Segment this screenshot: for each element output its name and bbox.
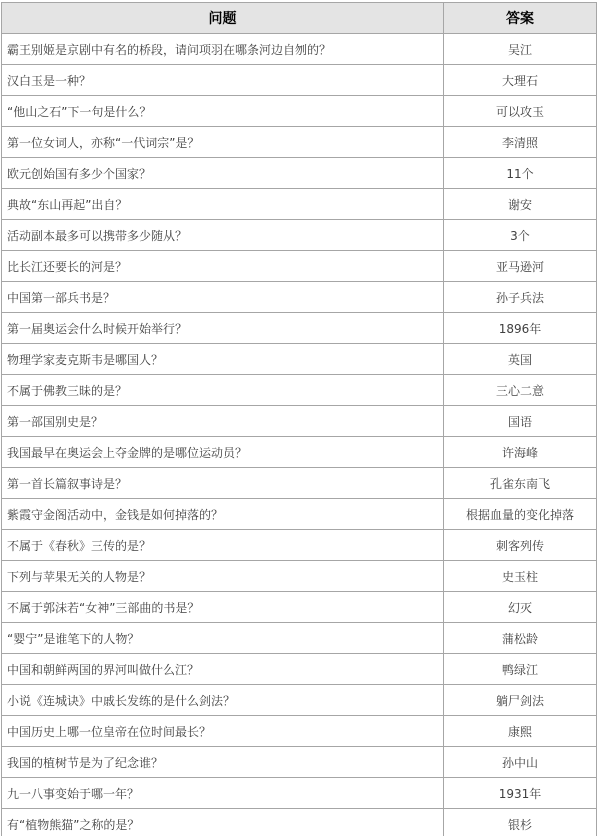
table-row: 不属于郭沫若“女神”三部曲的书是？幻灭 [2,592,597,623]
answer-cell: 国语 [444,406,597,437]
table-row: 九一八事变始于哪一年？1931年 [2,778,597,809]
answer-cell: 1931年 [444,778,597,809]
question-cell: 中国和朝鲜两国的界河叫做什么江？ [2,654,444,685]
answer-cell: 根据血量的变化掉落 [444,499,597,530]
table-row: 物理学家麦克斯韦是哪国人？英国 [2,344,597,375]
question-cell: 活动副本最多可以携带多少随从？ [2,220,444,251]
qa-table: 问题 答案 霸王别姬是京剧中有名的桥段，请问项羽在哪条河边自刎的？吴江汉白玉是一… [1,2,597,836]
answer-cell: 孔雀东南飞 [444,468,597,499]
table-row: 中国和朝鲜两国的界河叫做什么江？鸭绿江 [2,654,597,685]
table-row: 有“植物熊猫”之称的是？银杉 [2,809,597,836]
table-row: 中国历史上哪一位皇帝在位时间最长？康熙 [2,716,597,747]
answer-cell: 孙子兵法 [444,282,597,313]
answer-cell: 英国 [444,344,597,375]
answer-cell: 大理石 [444,65,597,96]
question-cell: 第一届奥运会什么时候开始举行？ [2,313,444,344]
table-row: 比长江还要长的河是？亚马逊河 [2,251,597,282]
question-cell: 典故“东山再起”出自？ [2,189,444,220]
question-cell: 欧元创始国有多少个国家？ [2,158,444,189]
question-cell: “婴宁”是谁笔下的人物？ [2,623,444,654]
question-cell: 比长江还要长的河是？ [2,251,444,282]
table-row: 第一部国别史是？国语 [2,406,597,437]
answer-cell: 蒲松龄 [444,623,597,654]
table-row: 第一届奥运会什么时候开始举行？1896年 [2,313,597,344]
table-row: 紫霞守金阁活动中，金钱是如何掉落的？根据血量的变化掉落 [2,499,597,530]
question-cell: 第一部国别史是？ [2,406,444,437]
question-cell: 物理学家麦克斯韦是哪国人？ [2,344,444,375]
question-cell: 不属于郭沫若“女神”三部曲的书是？ [2,592,444,623]
column-header-question: 问题 [2,3,444,34]
table-row: 第一位女词人，亦称“一代词宗”是？李清照 [2,127,597,158]
answer-cell: 银杉 [444,809,597,836]
question-cell: 有“植物熊猫”之称的是？ [2,809,444,836]
answer-cell: 三心二意 [444,375,597,406]
question-cell: 霸王别姬是京剧中有名的桥段，请问项羽在哪条河边自刎的？ [2,34,444,65]
table-row: 霸王别姬是京剧中有名的桥段，请问项羽在哪条河边自刎的？吴江 [2,34,597,65]
table-row: 我国的植树节是为了纪念谁？孙中山 [2,747,597,778]
table-row: 不属于佛教三昧的是？三心二意 [2,375,597,406]
answer-cell: 可以攻玉 [444,96,597,127]
question-cell: 我国最早在奥运会上夺金牌的是哪位运动员？ [2,437,444,468]
answer-cell: 李清照 [444,127,597,158]
answer-cell: 鸭绿江 [444,654,597,685]
question-cell: 中国第一部兵书是？ [2,282,444,313]
table-row: “他山之石”下一句是什么？可以攻玉 [2,96,597,127]
table-row: 汉白玉是一种？大理石 [2,65,597,96]
answer-cell: 史玉柱 [444,561,597,592]
answer-cell: 躺尸剑法 [444,685,597,716]
question-cell: 不属于《春秋》三传的是？ [2,530,444,561]
qa-table-header: 问题 答案 [2,3,597,34]
table-row: 下列与苹果无关的人物是？史玉柱 [2,561,597,592]
answer-cell: 刺客列传 [444,530,597,561]
question-cell: 紫霞守金阁活动中，金钱是如何掉落的？ [2,499,444,530]
table-row: “婴宁”是谁笔下的人物？蒲松龄 [2,623,597,654]
question-cell: 第一位女词人，亦称“一代词宗”是？ [2,127,444,158]
table-row: 小说《连城诀》中戚长发练的是什么剑法？躺尸剑法 [2,685,597,716]
header-row: 问题 答案 [2,3,597,34]
answer-cell: 3个 [444,220,597,251]
table-row: 活动副本最多可以携带多少随从？3个 [2,220,597,251]
question-cell: 第一首长篇叙事诗是？ [2,468,444,499]
qa-table-body: 霸王别姬是京剧中有名的桥段，请问项羽在哪条河边自刎的？吴江汉白玉是一种？大理石“… [2,34,597,836]
question-cell: 汉白玉是一种？ [2,65,444,96]
column-header-answer: 答案 [444,3,597,34]
question-cell: 小说《连城诀》中戚长发练的是什么剑法？ [2,685,444,716]
table-row: 第一首长篇叙事诗是？孔雀东南飞 [2,468,597,499]
question-cell: 不属于佛教三昧的是？ [2,375,444,406]
answer-cell: 11个 [444,158,597,189]
table-row: 我国最早在奥运会上夺金牌的是哪位运动员？许海峰 [2,437,597,468]
answer-cell: 吴江 [444,34,597,65]
answer-cell: 许海峰 [444,437,597,468]
answer-cell: 亚马逊河 [444,251,597,282]
answer-cell: 孙中山 [444,747,597,778]
table-row: 典故“东山再起”出自？谢安 [2,189,597,220]
question-cell: 九一八事变始于哪一年？ [2,778,444,809]
answer-cell: 幻灭 [444,592,597,623]
table-row: 不属于《春秋》三传的是？刺客列传 [2,530,597,561]
answer-cell: 康熙 [444,716,597,747]
question-cell: “他山之石”下一句是什么？ [2,96,444,127]
question-cell: 下列与苹果无关的人物是？ [2,561,444,592]
table-row: 欧元创始国有多少个国家？11个 [2,158,597,189]
table-row: 中国第一部兵书是？孙子兵法 [2,282,597,313]
answer-cell: 谢安 [444,189,597,220]
answer-cell: 1896年 [444,313,597,344]
question-cell: 我国的植树节是为了纪念谁？ [2,747,444,778]
question-cell: 中国历史上哪一位皇帝在位时间最长？ [2,716,444,747]
